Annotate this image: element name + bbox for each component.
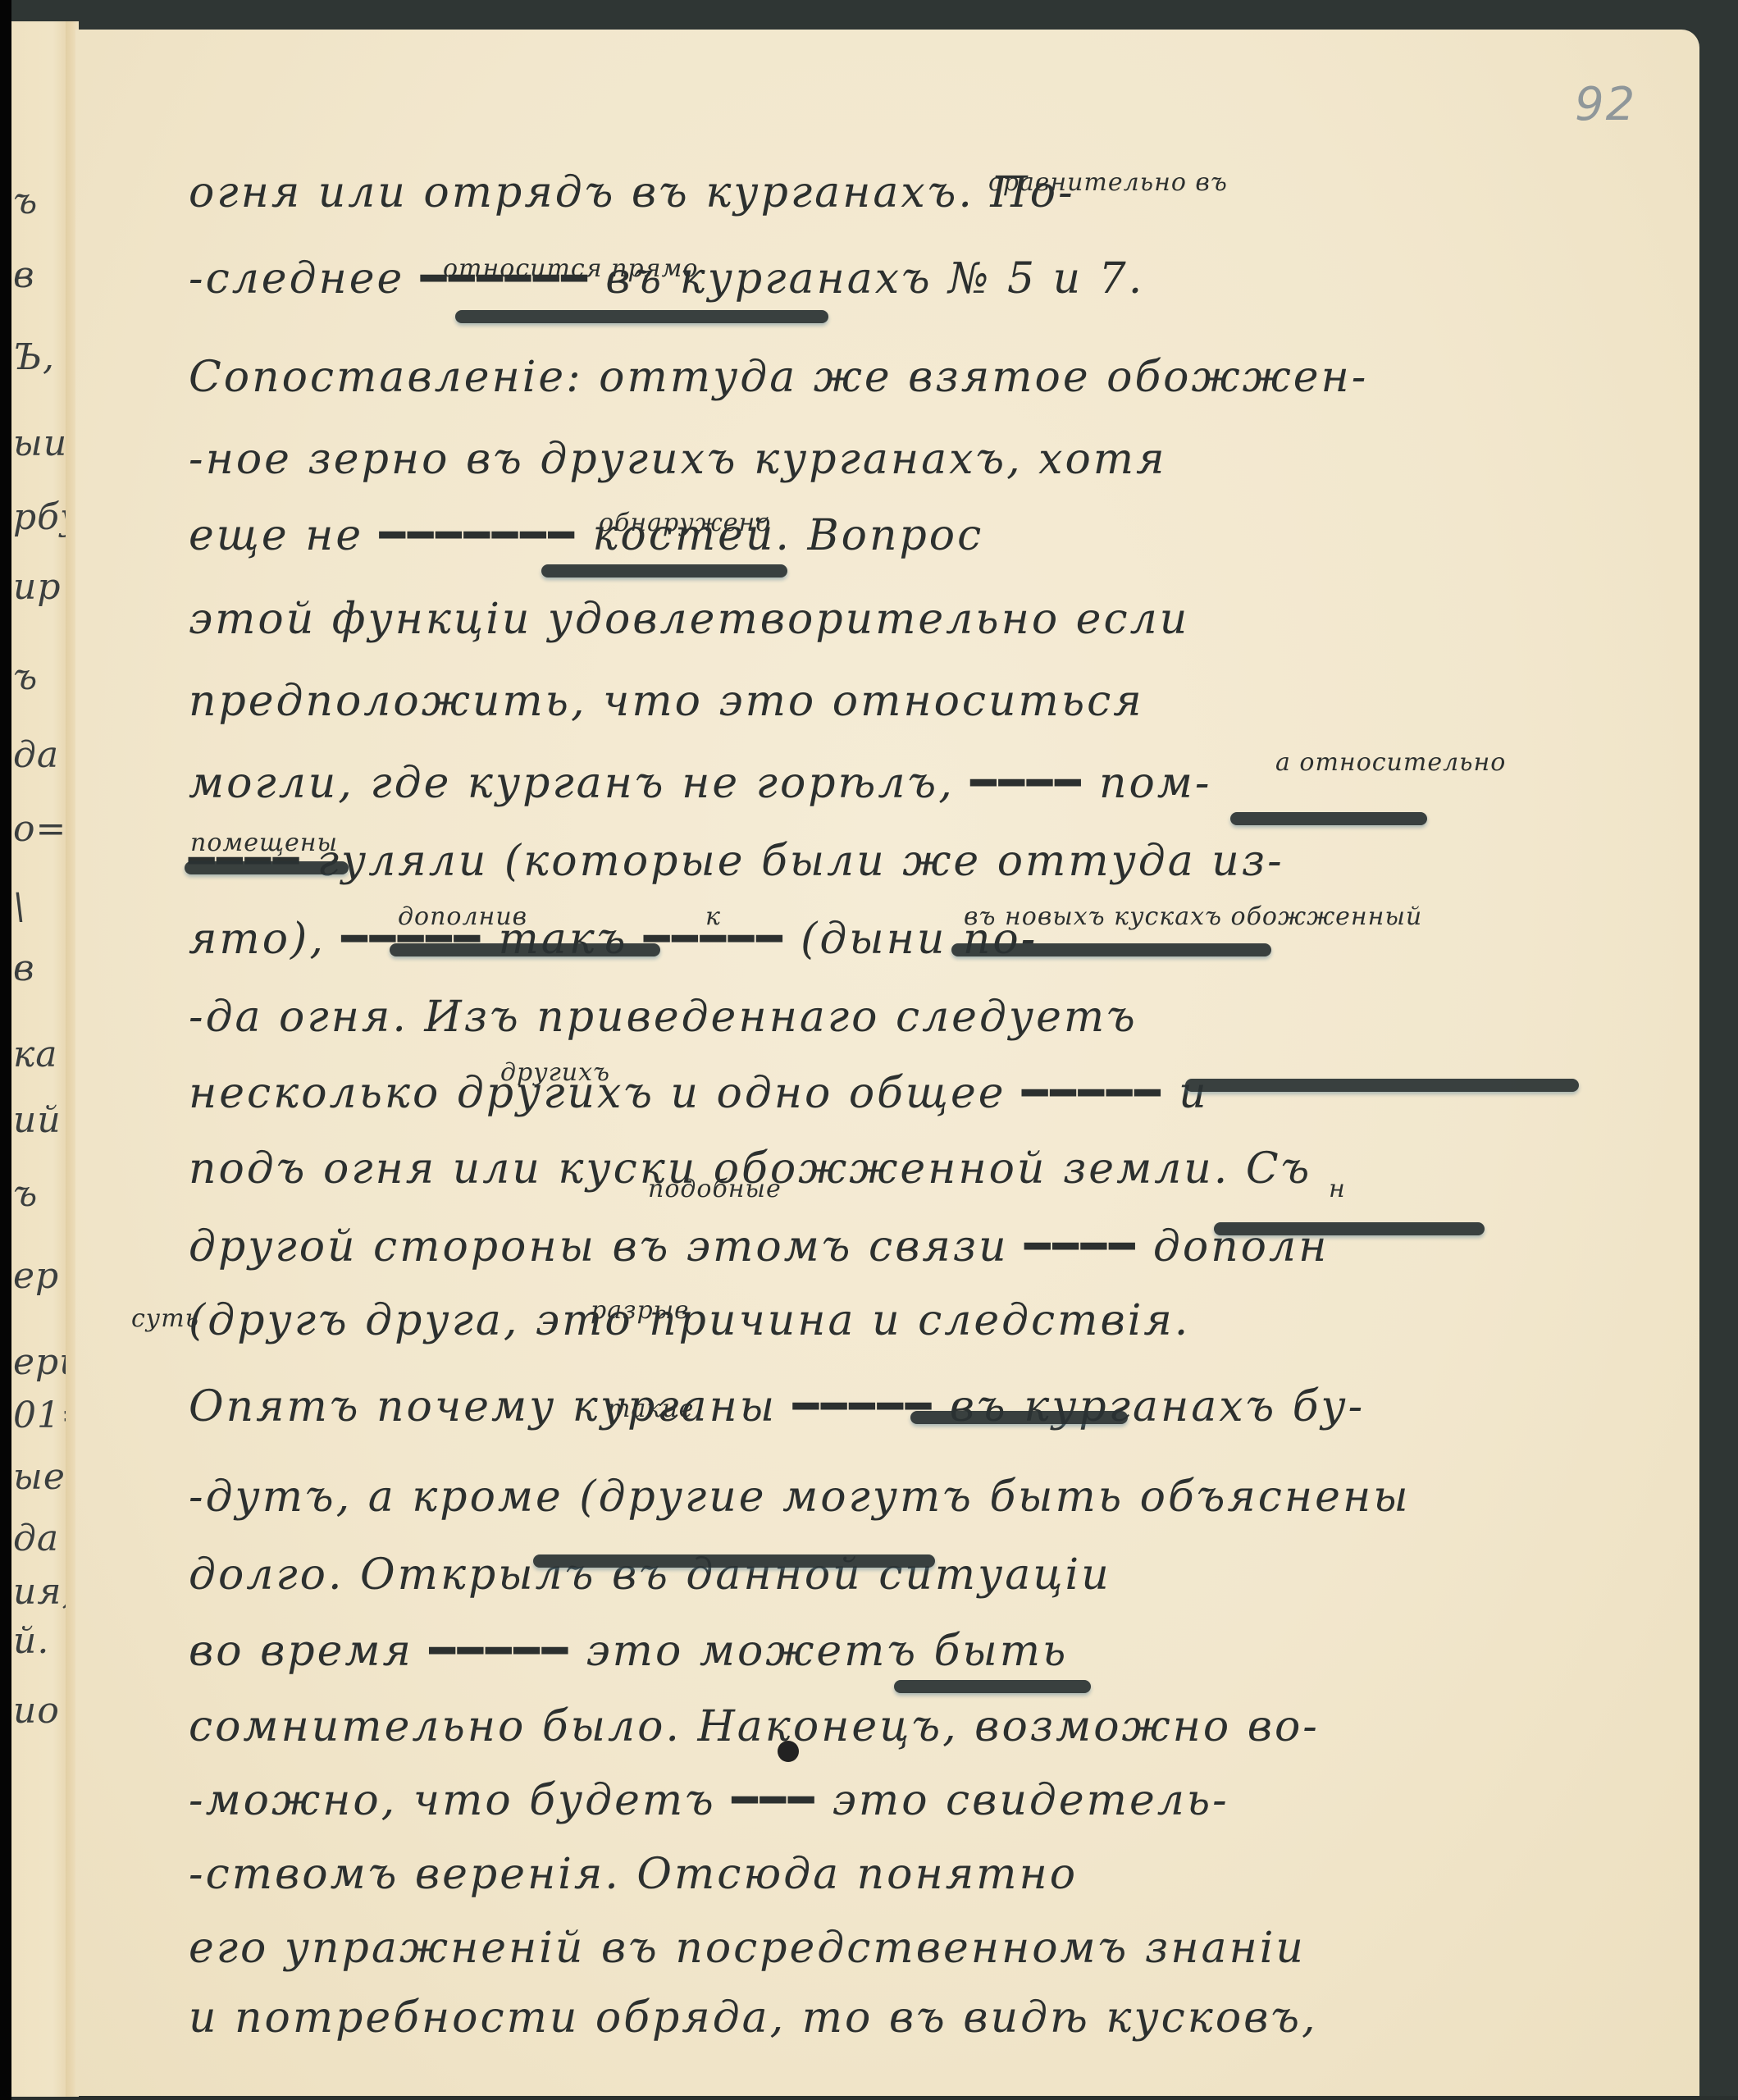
manuscript-line: его упражненій въ посредственномъ знаніи [189,1924,1681,1973]
ink-blot [778,1741,799,1762]
manuscript-line: еще не ━━━━━━━ костей. Вопрос [189,511,1681,560]
manuscript-line: долго. Открылъ въ данной ситуаціи [189,1550,1681,1600]
interlinear-insertion: подобные [648,1175,782,1203]
strikethrough-deletion [894,1680,1091,1693]
interlinear-insertion: дополнив [398,902,527,931]
manuscript-line: этой функціи удовлетворительно если [189,595,1681,644]
facing-page-text-fragment: да [13,734,59,776]
manuscript-line: -да огня. Изъ приведеннаго следуетъ [189,993,1681,1042]
manuscript-line: -дутъ, а кроме (другие могутъ быть объяс… [189,1472,1681,1522]
strikethrough-deletion [541,564,787,577]
manuscript-line: Сопоставленіе: оттуда же взятое обожжен- [189,353,1681,402]
strikethrough-deletion [185,861,349,874]
interlinear-insertion: другихъ [500,1058,610,1087]
facing-page-text-fragment: в [13,947,35,989]
interlinear-insertion: такие [607,1395,694,1423]
interlinear-insertion: к [705,902,721,931]
facing-page-text-fragment: Ъ, [13,336,55,378]
manuscript-line: -ствомъ веренія. Отсюда понятно [189,1850,1681,1899]
manuscript-line: -следнее ━━━━━━ въ курганахъ № 5 и 7. [189,254,1681,304]
manuscript-line: ━━━━ гуляли (которые были же оттуда из- [189,837,1681,886]
scan-background-top [0,0,1738,30]
facing-page-text-fragment: ка [13,1034,58,1075]
interlinear-insertion: разрыв [591,1296,690,1325]
manuscript-line: предположить, что это относиться [189,677,1681,726]
facing-page-text-fragment: ъ [13,656,38,698]
facing-page-text-fragment: \ [13,886,26,928]
manuscript-line: (другъ друга, это причина и следствія. [189,1296,1681,1345]
interlinear-insertion: относится прямо [443,254,698,283]
facing-page-text-fragment: ир [13,566,62,608]
strikethrough-deletion [1185,1079,1579,1092]
facing-page-text-fragment: ъ [13,1173,38,1215]
facing-page-text-fragment: ер [13,1255,59,1297]
strikethrough-deletion [951,943,1271,956]
facing-page-text-fragment: в [13,254,35,296]
interlinear-insertion: обнаружено [599,509,771,537]
interlinear-insertion: а относительно [1275,748,1506,777]
manuscript-line: и потребности обряда, то въ видѣ кусковъ… [189,1993,1681,2043]
manuscript-line: сомнительно было. Наконецъ, возможно во- [189,1702,1681,1751]
interlinear-insertion: сравнительно въ [988,168,1228,197]
manuscript-line: во время ━━━━━ это можетъ быть [189,1627,1681,1676]
facing-page-text-fragment: ио [13,1690,60,1732]
facing-page-text-fragment: да [13,1518,59,1559]
strikethrough-deletion [390,943,660,956]
strikethrough-deletion [1230,812,1427,825]
manuscript-line: огня или отрядъ въ курганахъ. По- [189,168,1681,217]
facing-page-text-fragment: о= [13,808,66,850]
manuscript-line: несколько другихъ и одно общее ━━━━━ и [189,1069,1681,1118]
interlinear-insertion: помещены [190,829,338,857]
facing-page-text-fragment: ыи [13,422,67,464]
manuscript-line: -ное зерно въ другихъ курганахъ, хотя [189,435,1681,484]
strikethrough-deletion [455,310,828,323]
facing-page-text-fragment: ъ [13,180,38,222]
interlinear-insertion: суть [131,1304,199,1333]
scan-background-right [1699,0,1738,2100]
strikethrough-deletion [1214,1222,1485,1235]
interlinear-insertion: н [1329,1175,1346,1203]
scan-background-left [0,0,11,2100]
interlinear-insertion: въ новыхъ кускахъ обожженный [964,902,1422,931]
strikethrough-deletion [910,1411,1128,1424]
facing-page-fragment: ъвЪ,ыирбуиръдао=\вкаийъерери01=ыедаия,й.… [11,21,71,2097]
folio-number: 92 [1575,78,1636,131]
facing-page-text-fragment: й. [13,1620,49,1662]
strikethrough-deletion [533,1554,935,1568]
scan-background-bottom [0,2096,1738,2100]
facing-page-text-fragment: ий [13,1099,62,1141]
manuscript-line: -можно, что будетъ ━━━ это свидетель- [189,1776,1681,1825]
facing-page-text-fragment: ые [13,1456,66,1498]
manuscript-line: подъ огня или куски обожженной земли. Съ [189,1144,1681,1194]
manuscript-line: Опятъ почему курганы ━━━━━ въ курганахъ … [189,1382,1681,1431]
